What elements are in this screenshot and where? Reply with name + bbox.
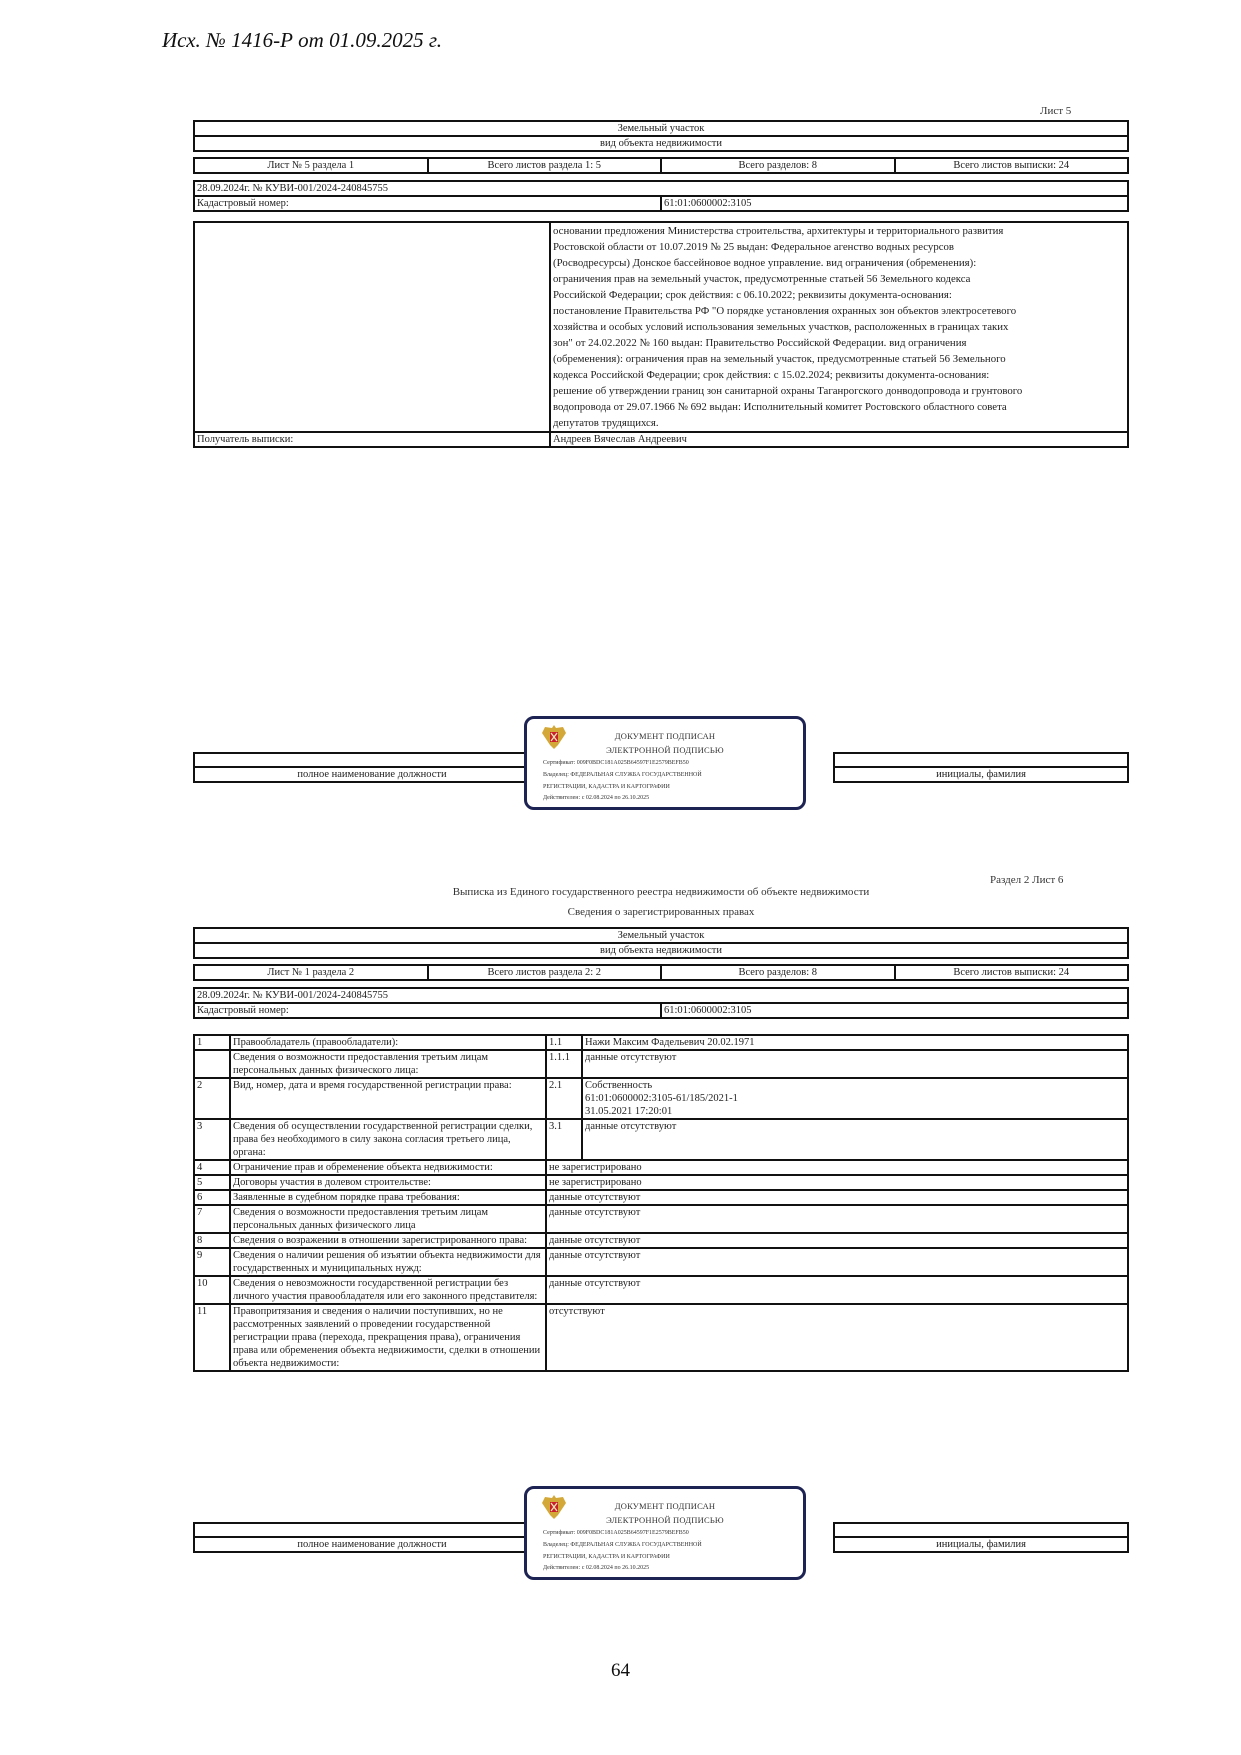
- row-subnumber: 2.1: [546, 1078, 582, 1119]
- restriction-text-line: решение об утверждении границ зон санита…: [553, 383, 1125, 399]
- row-value: Нажи Максим Фадельевич 20.02.1971: [582, 1035, 1128, 1050]
- row-value: данные отсутствуют: [582, 1119, 1128, 1160]
- restriction-text-line: хозяйства и особых условий использования…: [553, 319, 1125, 335]
- row-value: данные отсутствуют: [582, 1050, 1128, 1078]
- extract-sheets-total: Всего листов выписки: 24: [895, 158, 1129, 173]
- row-label: Правообладатель (правообладатели):: [230, 1035, 546, 1050]
- row-number: 10: [194, 1276, 230, 1304]
- restriction-text-line: постановление Правительства РФ "О порядк…: [553, 303, 1125, 319]
- stamp-owner: Владелец: ФЕДЕРАЛЬНАЯ СЛУЖБА ГОСУДАРСТВЕ…: [543, 772, 702, 778]
- name-caption: инициалы, фамилия: [834, 767, 1128, 782]
- stamp-owner-cont: РЕГИСТРАЦИИ, КАДАСТРА И КАРТОГРАФИИ: [543, 784, 670, 790]
- table-row: Сведения о возможности предоставления тр…: [194, 1050, 1128, 1078]
- stamp-owner-cont: РЕГИСТРАЦИИ, КАДАСТРА И КАРТОГРАФИИ: [543, 1554, 670, 1560]
- row-value: данные отсутствуют: [546, 1233, 1128, 1248]
- table-row: 8Сведения о возражении в отношении зарег…: [194, 1233, 1128, 1248]
- table-row: 11Правопритязания и сведения о наличии п…: [194, 1304, 1128, 1371]
- stamp-subtitle: ЭЛЕКТРОННОЙ ПОДПИСЬЮ: [527, 1515, 803, 1525]
- restriction-text-line: ограничения прав на земельный участок, п…: [553, 271, 1125, 287]
- cadastral-number: 61:01:0600002:3105: [661, 196, 1128, 211]
- restrictions-label-cell: [194, 222, 550, 432]
- extract-ref: 28.09.2024г. № КУВИ-001/2024-240845755: [194, 181, 1128, 196]
- row-value: не зарегистрировано: [546, 1160, 1128, 1175]
- sheet-info-table: Лист № 5 раздела 1 Всего листов раздела …: [193, 157, 1129, 174]
- extract-ref: 28.09.2024г. № КУВИ-001/2024-240845755: [194, 988, 1128, 1003]
- row-number: 5: [194, 1175, 230, 1190]
- page-number: 64: [0, 1660, 1241, 1682]
- restriction-text-line: водопровода от 29.07.1966 № 692 выдан: И…: [553, 399, 1125, 415]
- table-row: 2Вид, номер, дата и время государственно…: [194, 1078, 1128, 1119]
- object-type-table: Земельный участок вид объекта недвижимос…: [193, 120, 1129, 152]
- cadastral-number: 61:01:0600002:3105: [661, 1003, 1128, 1018]
- row-subnumber: 1.1: [546, 1035, 582, 1050]
- extract-subheading: Сведения о зарегистрированных правах: [193, 906, 1129, 918]
- row-label: Сведения о невозможности государственной…: [230, 1276, 546, 1304]
- table-row: 1Правообладатель (правообладатели):1.1На…: [194, 1035, 1128, 1050]
- row-value: данные отсутствуют: [546, 1276, 1128, 1304]
- row-label: Правопритязания и сведения о наличии пос…: [230, 1304, 546, 1371]
- row-label: Сведения о наличии решения об изъятии об…: [230, 1248, 546, 1276]
- sheet-number: Лист № 5 раздела 1: [194, 158, 428, 173]
- extract-header-table: 28.09.2024г. № КУВИ-001/2024-240845755 К…: [193, 180, 1129, 212]
- row-label: Заявленные в судебном порядке права треб…: [230, 1190, 546, 1205]
- table-row: 10Сведения о невозможности государственн…: [194, 1276, 1128, 1304]
- restrictions-text: основании предложения Министерства строи…: [550, 222, 1128, 432]
- row-label: Вид, номер, дата и время государственной…: [230, 1078, 546, 1119]
- stamp-title: ДОКУМЕНТ ПОДПИСАН: [527, 1501, 803, 1511]
- row-number: 2: [194, 1078, 230, 1119]
- row-label: Договоры участия в долевом строительстве…: [230, 1175, 546, 1190]
- e-signature-stamp: ДОКУМЕНТ ПОДПИСАН ЭЛЕКТРОННОЙ ПОДПИСЬЮ С…: [524, 716, 806, 810]
- row-number: 7: [194, 1205, 230, 1233]
- sheet-label: Раздел 2 Лист 6: [990, 874, 1063, 886]
- extract-sheets-total: Всего листов выписки: 24: [895, 965, 1129, 980]
- row-number: 9: [194, 1248, 230, 1276]
- e-signature-stamp: ДОКУМЕНТ ПОДПИСАН ЭЛЕКТРОННОЙ ПОДПИСЬЮ С…: [524, 1486, 806, 1580]
- restriction-text-line: зон" от 24.02.2022 № 160 выдан: Правител…: [553, 335, 1125, 351]
- row-value: не зарегистрировано: [546, 1175, 1128, 1190]
- position-caption: полное наименование должности: [194, 767, 550, 782]
- sections-total: Всего разделов: 8: [661, 965, 895, 980]
- row-value: данные отсутствуют: [546, 1248, 1128, 1276]
- outgoing-reference: Исх. № 1416-Р от 01.09.2025 г.: [162, 28, 442, 53]
- row-label: Сведения об осуществлении государственно…: [230, 1119, 546, 1160]
- stamp-certificate: Сертификат: 009F0BDC181A025B64597F1E2579…: [543, 1530, 689, 1536]
- table-row: 3Сведения об осуществлении государственн…: [194, 1119, 1128, 1160]
- restrictions-table: основании предложения Министерства строи…: [193, 221, 1129, 448]
- restriction-text-line: Российской Федерации; срок действия: с 0…: [553, 287, 1125, 303]
- recipient-name: Андреев Вячеслав Андреевич: [550, 432, 1128, 447]
- cadastral-label: Кадастровый номер:: [194, 1003, 661, 1018]
- name-caption: инициалы, фамилия: [834, 1537, 1128, 1552]
- position-cell: [194, 1523, 550, 1537]
- stamp-certificate: Сертификат: 009F0BDC181A025B64597F1E2579…: [543, 760, 689, 766]
- restriction-text-line: Ростовской области от 10.07.2019 № 25 вы…: [553, 239, 1125, 255]
- section-sheets-total: Всего листов раздела 2: 2: [428, 965, 662, 980]
- sheet-info-table: Лист № 1 раздела 2 Всего листов раздела …: [193, 964, 1129, 981]
- extract-header-table: 28.09.2024г. № КУВИ-001/2024-240845755 К…: [193, 987, 1129, 1019]
- extract-heading: Выписка из Единого государственного реес…: [193, 886, 1129, 898]
- stamp-owner: Владелец: ФЕДЕРАЛЬНАЯ СЛУЖБА ГОСУДАРСТВЕ…: [543, 1542, 702, 1548]
- table-row: 4Ограничение прав и обременение объекта …: [194, 1160, 1128, 1175]
- object-type: Земельный участок: [194, 928, 1128, 943]
- row-number: 4: [194, 1160, 230, 1175]
- table-row: 5Договоры участия в долевом строительств…: [194, 1175, 1128, 1190]
- row-value: отсутствуют: [546, 1304, 1128, 1371]
- name-cell: [834, 753, 1128, 767]
- row-number: 8: [194, 1233, 230, 1248]
- object-type-caption: вид объекта недвижимости: [194, 943, 1128, 958]
- row-number: 11: [194, 1304, 230, 1371]
- rights-table: 1Правообладатель (правообладатели):1.1На…: [193, 1034, 1129, 1372]
- restriction-text-line: депутатов трудящихся.: [553, 415, 1125, 431]
- row-number: 1: [194, 1035, 230, 1050]
- stamp-subtitle: ЭЛЕКТРОННОЙ ПОДПИСЬЮ: [527, 745, 803, 755]
- row-subnumber: 3.1: [546, 1119, 582, 1160]
- row-label: Сведения о возможности предоставления тр…: [230, 1050, 546, 1078]
- name-cell: [834, 1523, 1128, 1537]
- position-cell: [194, 753, 550, 767]
- row-value: Собственность61:01:0600002:3105-61/185/2…: [582, 1078, 1128, 1119]
- table-row: 7Сведения о возможности предоставления т…: [194, 1205, 1128, 1233]
- row-value: данные отсутствуют: [546, 1190, 1128, 1205]
- row-label: Сведения о возможности предоставления тр…: [230, 1205, 546, 1233]
- row-label: Ограничение прав и обременение объекта н…: [230, 1160, 546, 1175]
- restriction-text-line: (обременения): ограничения прав на земел…: [553, 351, 1125, 367]
- row-number: 6: [194, 1190, 230, 1205]
- stamp-validity: Действителен: с 02.08.2024 по 26.10.2025: [543, 795, 649, 801]
- recipient-label: Получатель выписки:: [194, 432, 550, 447]
- object-type-table: Земельный участок вид объекта недвижимос…: [193, 927, 1129, 959]
- table-row: 9Сведения о наличии решения об изъятии о…: [194, 1248, 1128, 1276]
- object-type-caption: вид объекта недвижимости: [194, 136, 1128, 151]
- cadastral-label: Кадастровый номер:: [194, 196, 661, 211]
- sections-total: Всего разделов: 8: [661, 158, 895, 173]
- sheet-label: Лист 5: [1040, 105, 1071, 117]
- sheet-number: Лист № 1 раздела 2: [194, 965, 428, 980]
- restriction-text-line: основании предложения Министерства строи…: [553, 223, 1125, 239]
- section-sheets-total: Всего листов раздела 1: 5: [428, 158, 662, 173]
- position-caption: полное наименование должности: [194, 1537, 550, 1552]
- row-number: [194, 1050, 230, 1078]
- row-label: Сведения о возражении в отношении зареги…: [230, 1233, 546, 1248]
- row-number: 3: [194, 1119, 230, 1160]
- stamp-validity: Действителен: с 02.08.2024 по 26.10.2025: [543, 1565, 649, 1571]
- restriction-text-line: кодекса Российской Федерации; срок дейст…: [553, 367, 1125, 383]
- row-value: данные отсутствуют: [546, 1205, 1128, 1233]
- object-type: Земельный участок: [194, 121, 1128, 136]
- table-row: 6Заявленные в судебном порядке права тре…: [194, 1190, 1128, 1205]
- row-subnumber: 1.1.1: [546, 1050, 582, 1078]
- restriction-text-line: (Росводресурсы) Донское бассейновое водн…: [553, 255, 1125, 271]
- stamp-title: ДОКУМЕНТ ПОДПИСАН: [527, 731, 803, 741]
